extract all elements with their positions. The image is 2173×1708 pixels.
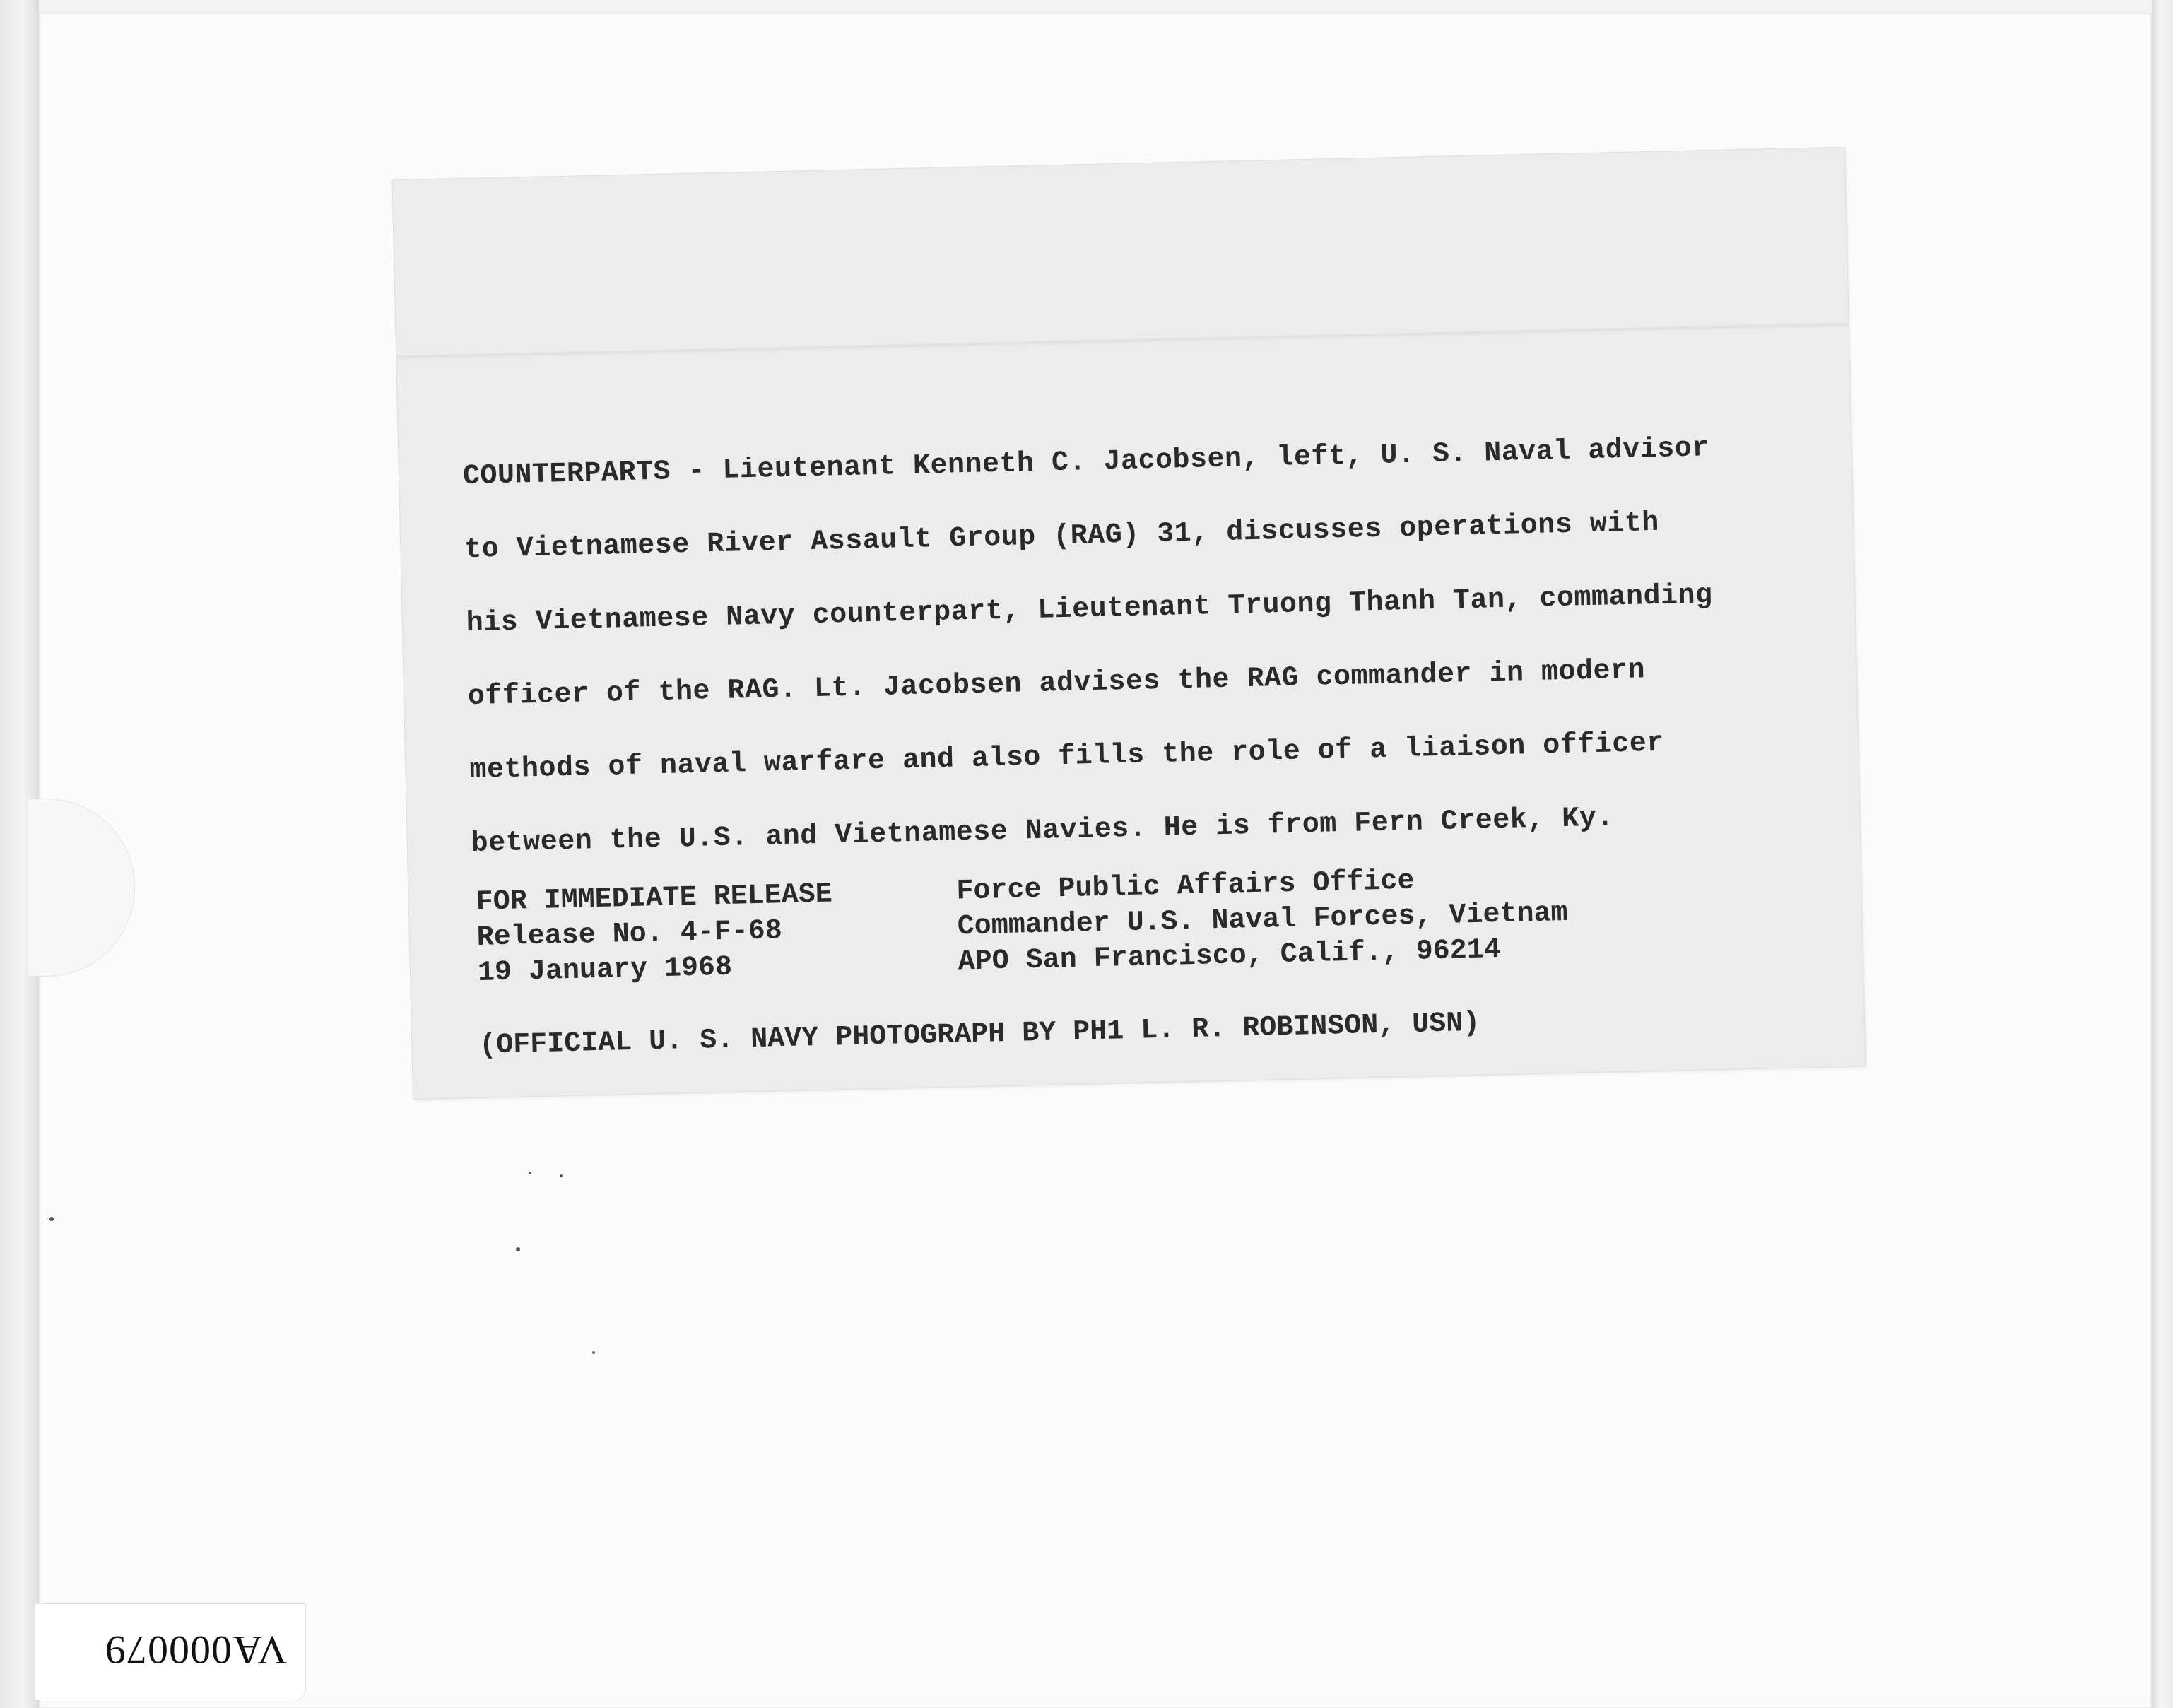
mount-speck bbox=[516, 1247, 520, 1251]
photo-credit: (OFFICIAL U. S. NAVY PHOTOGRAPH BY PH1 L… bbox=[479, 1008, 1480, 1062]
mount-speck bbox=[49, 1217, 54, 1221]
caption-sheet: COUNTERPARTS - Lieutenant Kenneth C. Jac… bbox=[393, 148, 1866, 1099]
release-block: FOR IMMEDIATE RELEASE Release No. 4-F-68… bbox=[476, 855, 1806, 1006]
caption-body: COUNTERPARTS - Lieutenant Kenneth C. Jac… bbox=[462, 411, 1801, 881]
issuing-office: Force Public Affairs Office Commander U.… bbox=[956, 861, 1569, 981]
catalog-label: VA000079 bbox=[35, 1604, 305, 1700]
mount-speck bbox=[560, 1174, 563, 1177]
release-date: 19 January 1968 bbox=[477, 948, 834, 991]
mount-right-edge bbox=[2152, 0, 2173, 1708]
catalog-number: VA000079 bbox=[105, 1627, 287, 1674]
mount-speck bbox=[529, 1172, 531, 1174]
mount-speck bbox=[592, 1351, 595, 1354]
release-info: FOR IMMEDIATE RELEASE Release No. 4-F-68… bbox=[476, 877, 834, 991]
